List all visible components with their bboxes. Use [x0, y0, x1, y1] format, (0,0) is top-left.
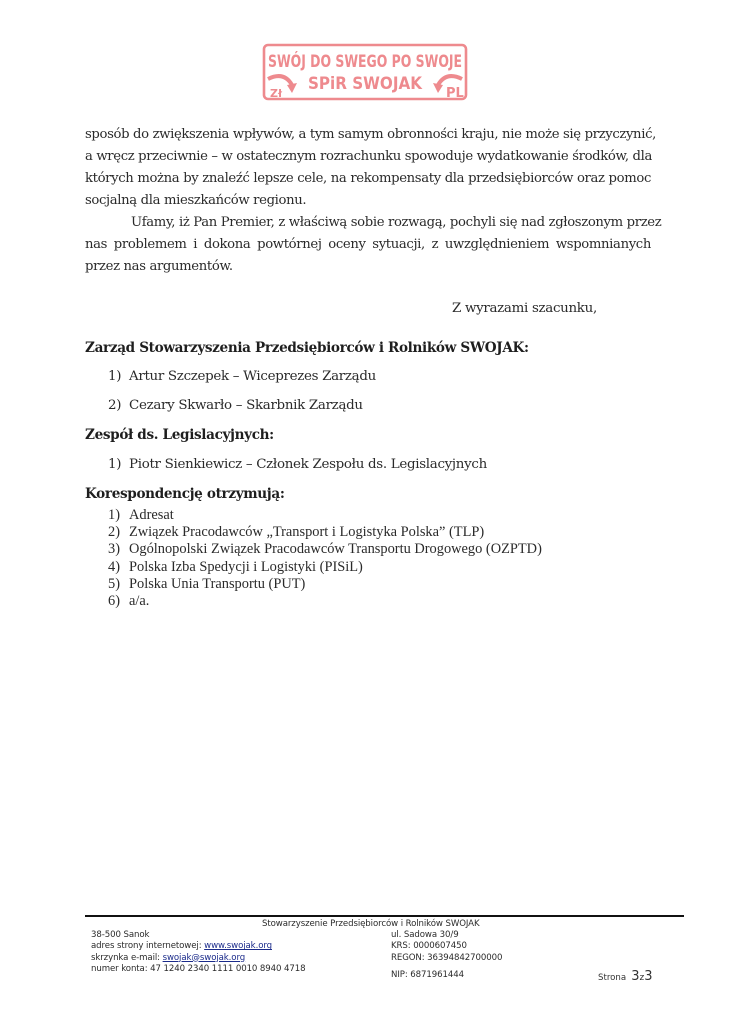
page-label: Strona — [598, 973, 626, 983]
list-number: 2) — [108, 524, 129, 541]
text-line: nas problemem i dokona powtórnej oceny s… — [85, 234, 651, 256]
list-number: 1) — [108, 369, 129, 384]
text-line: sposób do zwiększenia wpływów, a tym sam… — [85, 124, 651, 146]
list-number: 3) — [108, 541, 129, 558]
footer-website-row: adres strony internetowej: www.swojak.or… — [91, 941, 306, 952]
list-item: 4)Polska Izba Spedycji i Logistyki (PISi… — [108, 559, 542, 576]
list-number: 5) — [108, 576, 129, 593]
footer-krs: KRS: 0000607450 — [391, 941, 502, 952]
page-current: 3 — [631, 969, 639, 984]
legislative-member: 1)Piotr Sienkiewicz – Członek Zespołu ds… — [108, 457, 487, 472]
list-number: 6) — [108, 593, 129, 610]
swojak-logo: SWÓJ DO SWEGO PO SWOJE SPiR SWOJAK Zł PL — [262, 43, 468, 101]
board-member: 1)Artur Szczepek – Wiceprezes Zarządu — [108, 369, 376, 384]
recipient-text: Ogólnopolski Związek Pracodawców Transpo… — [129, 541, 542, 557]
recipient-text: Polska Izba Spedycji i Logistyki (PISiL) — [129, 559, 363, 575]
member-text: Piotr Sienkiewicz – Członek Zespołu ds. … — [129, 457, 487, 472]
list-item: 1)Adresat — [108, 507, 542, 524]
recipient-text: a/a. — [129, 593, 149, 609]
text-line: a wręcz przeciwnie – w ostatecznym rozra… — [85, 146, 651, 168]
list-number: 1) — [108, 457, 129, 472]
footer-city: 38-500 Sanok — [91, 930, 306, 941]
paragraph-request: Ufamy, iż Pan Premier, z właściwą sobie … — [85, 212, 651, 278]
text-line: których można by znaleźć lepsze cele, na… — [85, 168, 651, 190]
logo-name: SPiR SWOJAK — [308, 74, 423, 94]
recipient-text: Polska Unia Transportu (PUT) — [129, 576, 305, 592]
text-line: Ufamy, iż Pan Premier, z właściwą sobie … — [85, 212, 651, 234]
page-number: Strona 3z3 — [598, 965, 653, 984]
footer-regon: REGON: 36394842700000 — [391, 953, 502, 964]
list-number: 1) — [108, 507, 129, 524]
list-number: 4) — [108, 559, 129, 576]
member-text: Artur Szczepek – Wiceprezes Zarządu — [129, 369, 376, 384]
zloty-badge: Zł — [270, 87, 283, 100]
page-total: 3 — [644, 969, 652, 984]
website-link[interactable]: www.swojak.org — [204, 941, 272, 951]
recipient-text: Adresat — [129, 507, 174, 523]
email-label: skrzynka e-mail: — [91, 953, 163, 963]
board-member: 2)Cezary Skwarło – Skarbnik Zarządu — [108, 398, 363, 413]
legislative-heading: Zespół ds. Legislacyjnych: — [85, 427, 274, 443]
list-item: 6)a/a. — [108, 593, 542, 610]
website-label: adres strony internetowej: — [91, 941, 204, 951]
footer-email-row: skrzynka e-mail: swojak@swojak.org — [91, 953, 306, 964]
footer-registry: ul. Sadowa 30/9 KRS: 0000607450 REGON: 3… — [391, 930, 502, 964]
footer-account: numer konta: 47 1240 2340 1111 0010 8940… — [91, 964, 306, 975]
email-link[interactable]: swojak@swojak.org — [163, 953, 246, 963]
board-heading: Zarząd Stowarzyszenia Przedsiębiorców i … — [85, 340, 529, 356]
text-line: przez nas argumentów. — [85, 256, 651, 278]
recipient-text: Związek Pracodawców „Transport i Logisty… — [129, 524, 484, 540]
recipients-list: 1)Adresat 2)Związek Pracodawców „Transpo… — [108, 507, 542, 610]
text-line: socjalną dla mieszkańców regionu. — [85, 190, 651, 212]
footer-nip: NIP: 6871961444 — [391, 970, 464, 980]
closing-salutation: Z wyrazami szacunku, — [452, 301, 597, 316]
member-text: Cezary Skwarło – Skarbnik Zarządu — [129, 398, 363, 413]
list-number: 2) — [108, 398, 129, 413]
document-page: SWÓJ DO SWEGO PO SWOJE SPiR SWOJAK Zł PL… — [0, 0, 735, 1024]
footer-street: ul. Sadowa 30/9 — [391, 930, 502, 941]
footer-contact: 38-500 Sanok adres strony internetowej: … — [91, 930, 306, 975]
list-item: 2)Związek Pracodawców „Transport i Logis… — [108, 524, 542, 541]
list-item: 3)Ogólnopolski Związek Pracodawców Trans… — [108, 541, 542, 558]
list-item: 5)Polska Unia Transportu (PUT) — [108, 576, 542, 593]
logo-slogan: SWÓJ DO SWEGO PO SWOJE — [268, 50, 462, 72]
paragraph-continuation: sposób do zwiększenia wpływów, a tym sam… — [85, 124, 651, 212]
correspondence-heading: Korespondencję otrzymują: — [85, 486, 285, 502]
footer-organization: Stowarzyszenie Przedsiębiorców i Rolnikó… — [262, 919, 479, 929]
footer-divider — [85, 915, 684, 917]
pl-badge: PL — [446, 86, 464, 101]
